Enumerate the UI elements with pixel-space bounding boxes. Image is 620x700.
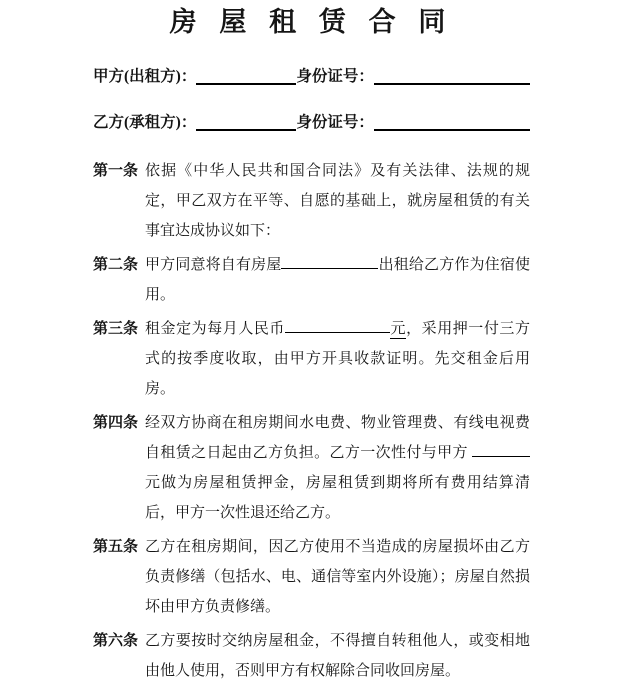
clause-row: 第二条 甲方同意将自有房屋出租给乙方作为住宿使用。 (93, 250, 530, 310)
party-name-blank (196, 111, 296, 131)
clause-text: 租金定为每月人民币元，采用押一付三方式的按季度收取，由甲方开具收款证明。先交租金… (145, 314, 530, 404)
clause-text: 依据《中华人民共和国合同法》及有关法律、法规的规定，甲乙双方在平等、自愿的基础上… (145, 156, 530, 246)
clause-text-segment: 租金定为每月人民币 (145, 321, 285, 337)
clause-text-segment: 元做为房屋租赁押金，房屋租赁到期将所有费用结算清后，甲方一次性退还给乙方。 (145, 475, 530, 521)
fill-in-blank (281, 254, 378, 269)
clause-number-label: 第四条 (93, 408, 145, 528)
clause-text-segment: 依据《中华人民共和国合同法》及有关法律、法规的规定，甲乙双方在平等、自愿的基础上… (145, 163, 530, 239)
party-row: 甲方(出租方)： 身份证号： (93, 64, 530, 86)
clause-text: 甲方同意将自有房屋出租给乙方作为住宿使用。 (145, 250, 530, 310)
party-name-label: 甲方(出租方)： (93, 64, 196, 86)
clause-text: 乙方要按时交纳房屋租金，不得擅自转租他人，或变相地由他人使用，否则甲方有权解除合… (145, 626, 530, 686)
contract-page: 房 屋 租 赁 合 同 甲方(出租方)： 身份证号： 乙方(承租方)： 身份证号… (0, 0, 620, 700)
clause-row: 第一条 依据《中华人民共和国合同法》及有关法律、法规的规定，甲乙双方在平等、自愿… (93, 156, 530, 246)
fill-in-blank (285, 318, 390, 333)
parties-section: 甲方(出租方)： 身份证号： 乙方(承租方)： 身份证号： (93, 64, 530, 132)
clause-number-label: 第六条 (93, 626, 145, 686)
party-name-blank (196, 65, 296, 85)
clause-text: 经双方协商在租房期间水电费、物业管理费、有线电视费自租赁之日起由乙方负担。乙方一… (145, 408, 530, 528)
clause-row: 第四条 经双方协商在租房期间水电费、物业管理费、有线电视费自租赁之日起由乙方负担… (93, 408, 530, 528)
clause-number-label: 第二条 (93, 250, 145, 310)
fill-in-blank (472, 442, 530, 457)
party-id-blank (374, 111, 530, 131)
clause-text-segment: 乙方在租房期间，因乙方使用不当造成的房屋损坏由乙方负责修缮（包括水、电、通信等室… (145, 539, 530, 615)
contract-title: 房 屋 租 赁 合 同 (93, 4, 530, 40)
clause-row: 第五条 乙方在租房期间，因乙方使用不当造成的房屋损坏由乙方负责修缮（包括水、电、… (93, 532, 530, 622)
party-row: 乙方(承租方)： 身份证号： (93, 110, 530, 132)
clauses-section: 第一条 依据《中华人民共和国合同法》及有关法律、法规的规定，甲乙双方在平等、自愿… (93, 156, 530, 686)
clause-row: 第三条 租金定为每月人民币元，采用押一付三方式的按季度收取，由甲方开具收款证明。… (93, 314, 530, 404)
party-id-label: 身份证号： (296, 64, 374, 86)
clause-row: 第六条 乙方要按时交纳房屋租金，不得擅自转租他人，或变相地由他人使用，否则甲方有… (93, 626, 530, 686)
clause-text-segment: 元 (390, 321, 406, 339)
clause-number-label: 第五条 (93, 532, 145, 622)
clause-text: 乙方在租房期间，因乙方使用不当造成的房屋损坏由乙方负责修缮（包括水、电、通信等室… (145, 532, 530, 622)
clause-text-segment: 乙方要按时交纳房屋租金，不得擅自转租他人，或变相地由他人使用，否则甲方有权解除合… (145, 633, 530, 679)
clause-number-label: 第一条 (93, 156, 145, 246)
party-id-blank (374, 65, 530, 85)
party-name-label: 乙方(承租方)： (93, 110, 196, 132)
clause-text-segment: 甲方同意将自有房屋 (145, 257, 281, 273)
party-id-label: 身份证号： (296, 110, 374, 132)
clause-number-label: 第三条 (93, 314, 145, 404)
